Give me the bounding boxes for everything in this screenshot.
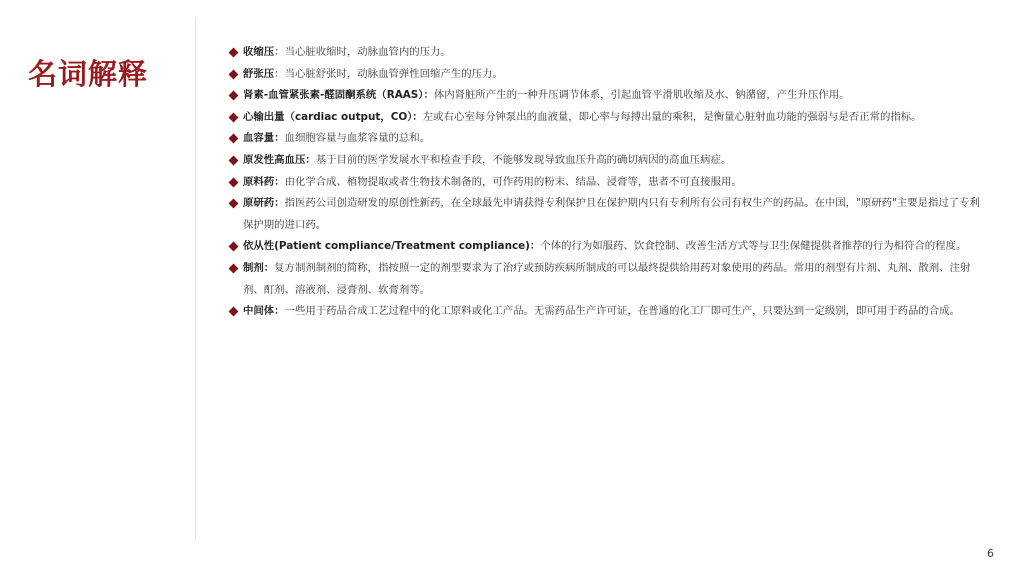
list-item: 舒张压：当心脏舒张时，动脉血管弹性回缩产生的压力。 (230, 64, 990, 86)
diamond-icon (229, 199, 239, 209)
term: 原料药： (243, 176, 285, 188)
list-item: 肾素-血管紧张素-醛固酮系统（RAAS）：体内肾脏所产生的一种升压调节体系，引起… (230, 85, 990, 107)
list-item: 中间体：一些用于药品合成工艺过程中的化工原料或化工产品。无需药品生产许可证，在普… (230, 301, 990, 323)
diamond-icon (229, 177, 239, 187)
diamond-icon (229, 69, 239, 79)
definition: 体内肾脏所产生的一种升压调节体系，引起血管平滑肌收缩及水、钠潴留，产生升压作用。 (434, 89, 850, 101)
diamond-icon (229, 91, 239, 101)
definition: 复方制剂制剂的简称，指按照一定的剂型要求为了治疗或预防疾病所制成的可以最终提供给… (243, 262, 970, 296)
term: 舒张压 (243, 68, 274, 80)
term: 制剂： (243, 262, 274, 274)
slide-title: 名词解释 (28, 52, 148, 93)
separator: ： (274, 46, 284, 58)
diamond-icon (229, 242, 239, 252)
definition: 指医药公司创造研发的原创性新药，在全球最先申请获得专利保护且在保护期内只有专利所… (243, 197, 980, 231)
term: 原发性高血压： (243, 154, 316, 166)
list-item: 心输出量（cardiac output，CO）：左或右心室每分钟泵出的血液量，即… (230, 107, 990, 129)
diamond-icon (229, 134, 239, 144)
definition: 个体的行为如服药、饮食控制、改善生活方式等与卫生保健提供者推荐的行为相符合的程度… (540, 240, 966, 252)
definition: 血细胞容量与血浆容量的总和。 (285, 132, 430, 144)
list-item: 制剂：复方制剂制剂的简称，指按照一定的剂型要求为了治疗或预防疾病所制成的可以最终… (230, 258, 990, 301)
list-item: 原研药：指医药公司创造研发的原创性新药，在全球最先申请获得专利保护且在保护期内只… (230, 193, 990, 236)
diamond-icon (229, 263, 239, 273)
list-item: 原料药：由化学合成、植物提取或者生物技术制备的，可作药用的粉末、结晶、浸膏等，患… (230, 172, 990, 194)
list-item: 原发性高血压：基于目前的医学发展水平和检查手段，不能够发现导致血压升高的确切病因… (230, 150, 990, 172)
list-item: 依从性(Patient compliance/Treatment complia… (230, 236, 990, 258)
vertical-divider (195, 18, 196, 540)
definitions-list: 收缩压：当心脏收缩时，动脉血管内的压力。 舒张压：当心脏舒张时，动脉血管弹性回缩… (230, 42, 990, 323)
diamond-icon (229, 307, 239, 317)
term: 中间体： (243, 305, 285, 317)
separator: ： (274, 68, 284, 80)
term: 依从性(Patient compliance/Treatment complia… (243, 240, 540, 252)
term: 原研药： (243, 197, 285, 209)
list-item: 收缩压：当心脏收缩时，动脉血管内的压力。 (230, 42, 990, 64)
term: 心输出量（cardiac output，CO）： (243, 111, 423, 123)
definition: 左或右心室每分钟泵出的血液量，即心率与每搏出量的乘积，是衡量心脏射血功能的强弱与… (423, 111, 922, 123)
list-item: 血容量：血细胞容量与血浆容量的总和。 (230, 128, 990, 150)
term: 肾素-血管紧张素-醛固酮系统（RAAS）： (243, 89, 434, 101)
diamond-icon (229, 48, 239, 58)
definition: 当心脏收缩时，动脉血管内的压力。 (285, 46, 451, 58)
term: 血容量： (243, 132, 285, 144)
term: 收缩压 (243, 46, 274, 58)
diamond-icon (229, 112, 239, 122)
definition: 由化学合成、植物提取或者生物技术制备的，可作药用的粉末、结晶、浸膏等，患者不可直… (285, 176, 742, 188)
diamond-icon (229, 156, 239, 166)
page-number: 6 (987, 547, 994, 560)
definition: 一些用于药品合成工艺过程中的化工原料或化工产品。无需药品生产许可证，在普通的化工… (285, 305, 960, 317)
definition: 当心脏舒张时，动脉血管弹性回缩产生的压力。 (285, 68, 503, 80)
definition: 基于目前的医学发展水平和检查手段，不能够发现导致血压升高的确切病因的高血压病症。 (316, 154, 732, 166)
